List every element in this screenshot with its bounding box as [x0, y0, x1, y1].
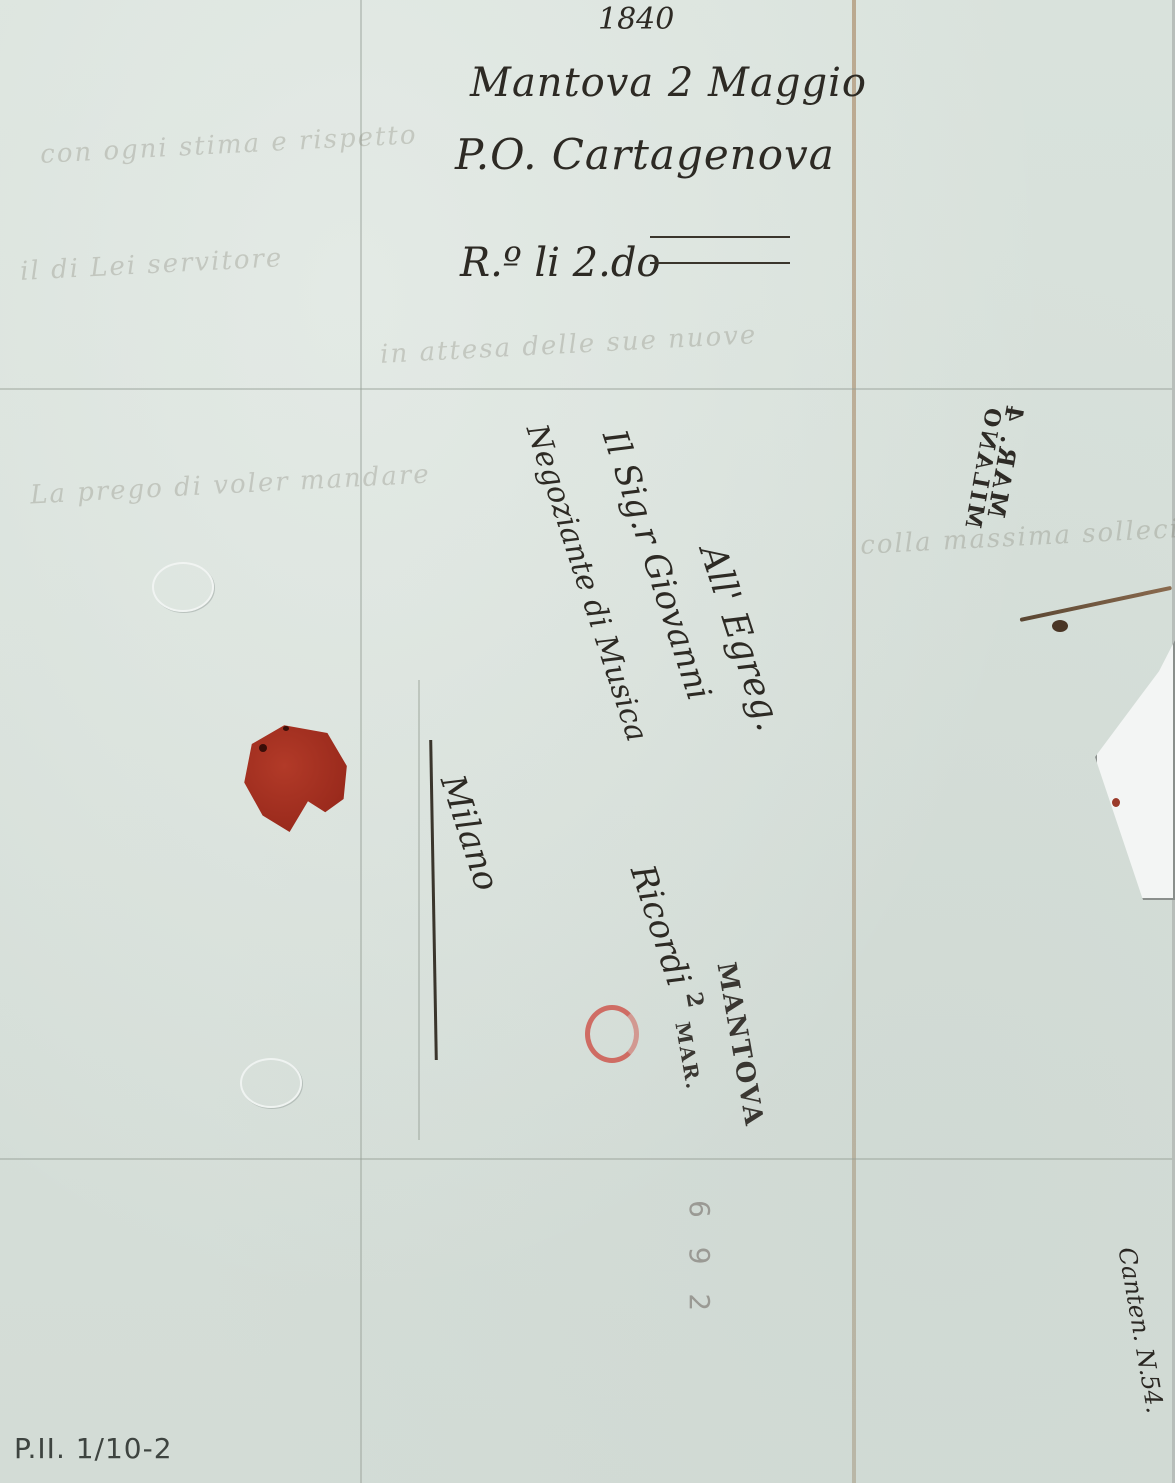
address-surname: Ricordi: [622, 860, 699, 991]
address-city: Milano: [432, 770, 507, 896]
pencil-numbers: 6 9 2: [683, 1200, 716, 1321]
torn-corner: [1095, 640, 1175, 900]
bleed-through-text: La prego di voler mandare: [29, 460, 431, 511]
wax-seal: [241, 722, 349, 832]
seal-spot: [283, 726, 289, 731]
letter-sheet: con ogni stima e rispetto il di Lei serv…: [0, 0, 1175, 1483]
docket-received: R.º li 2.do: [460, 240, 661, 286]
bleed-through-text: il di Lei servitore: [19, 243, 284, 287]
seal-spot: [259, 744, 267, 752]
catalog-notation: Canten. N.54.: [1112, 1245, 1169, 1415]
ink-stroke: [1020, 586, 1172, 622]
embossed-mark: [152, 562, 214, 612]
fold-line-lower: [0, 1158, 1175, 1160]
docket-year: 1840: [598, 2, 674, 37]
postmark-month: MAR.: [670, 1020, 706, 1092]
archive-reference: P.II. 1/10-2: [14, 1432, 173, 1465]
fold-line-upper: [0, 388, 1175, 390]
ink-blot: [1052, 620, 1068, 632]
docket-place-date: Mantova 2 Maggio: [470, 60, 867, 106]
embossed-mark: [240, 1058, 302, 1108]
postmark-day: 2: [680, 990, 708, 1010]
postmark-city: MANTOVA: [710, 960, 768, 1129]
fold-line-right-stained: [852, 0, 856, 1483]
bleed-through-text: colla massima sollecitudine: [860, 509, 1175, 561]
docket-sender: P.O. Cartagenova: [455, 130, 835, 179]
fold-line-inner: [418, 680, 420, 1140]
fold-line-left: [360, 0, 362, 1483]
docket-underline: [650, 236, 790, 266]
address-line-1: All' Egreg.: [691, 540, 790, 736]
red-ring-mark: [585, 1005, 639, 1063]
bleed-through-text: in attesa delle sue nuove: [379, 320, 758, 370]
red-spot: [1112, 798, 1120, 807]
